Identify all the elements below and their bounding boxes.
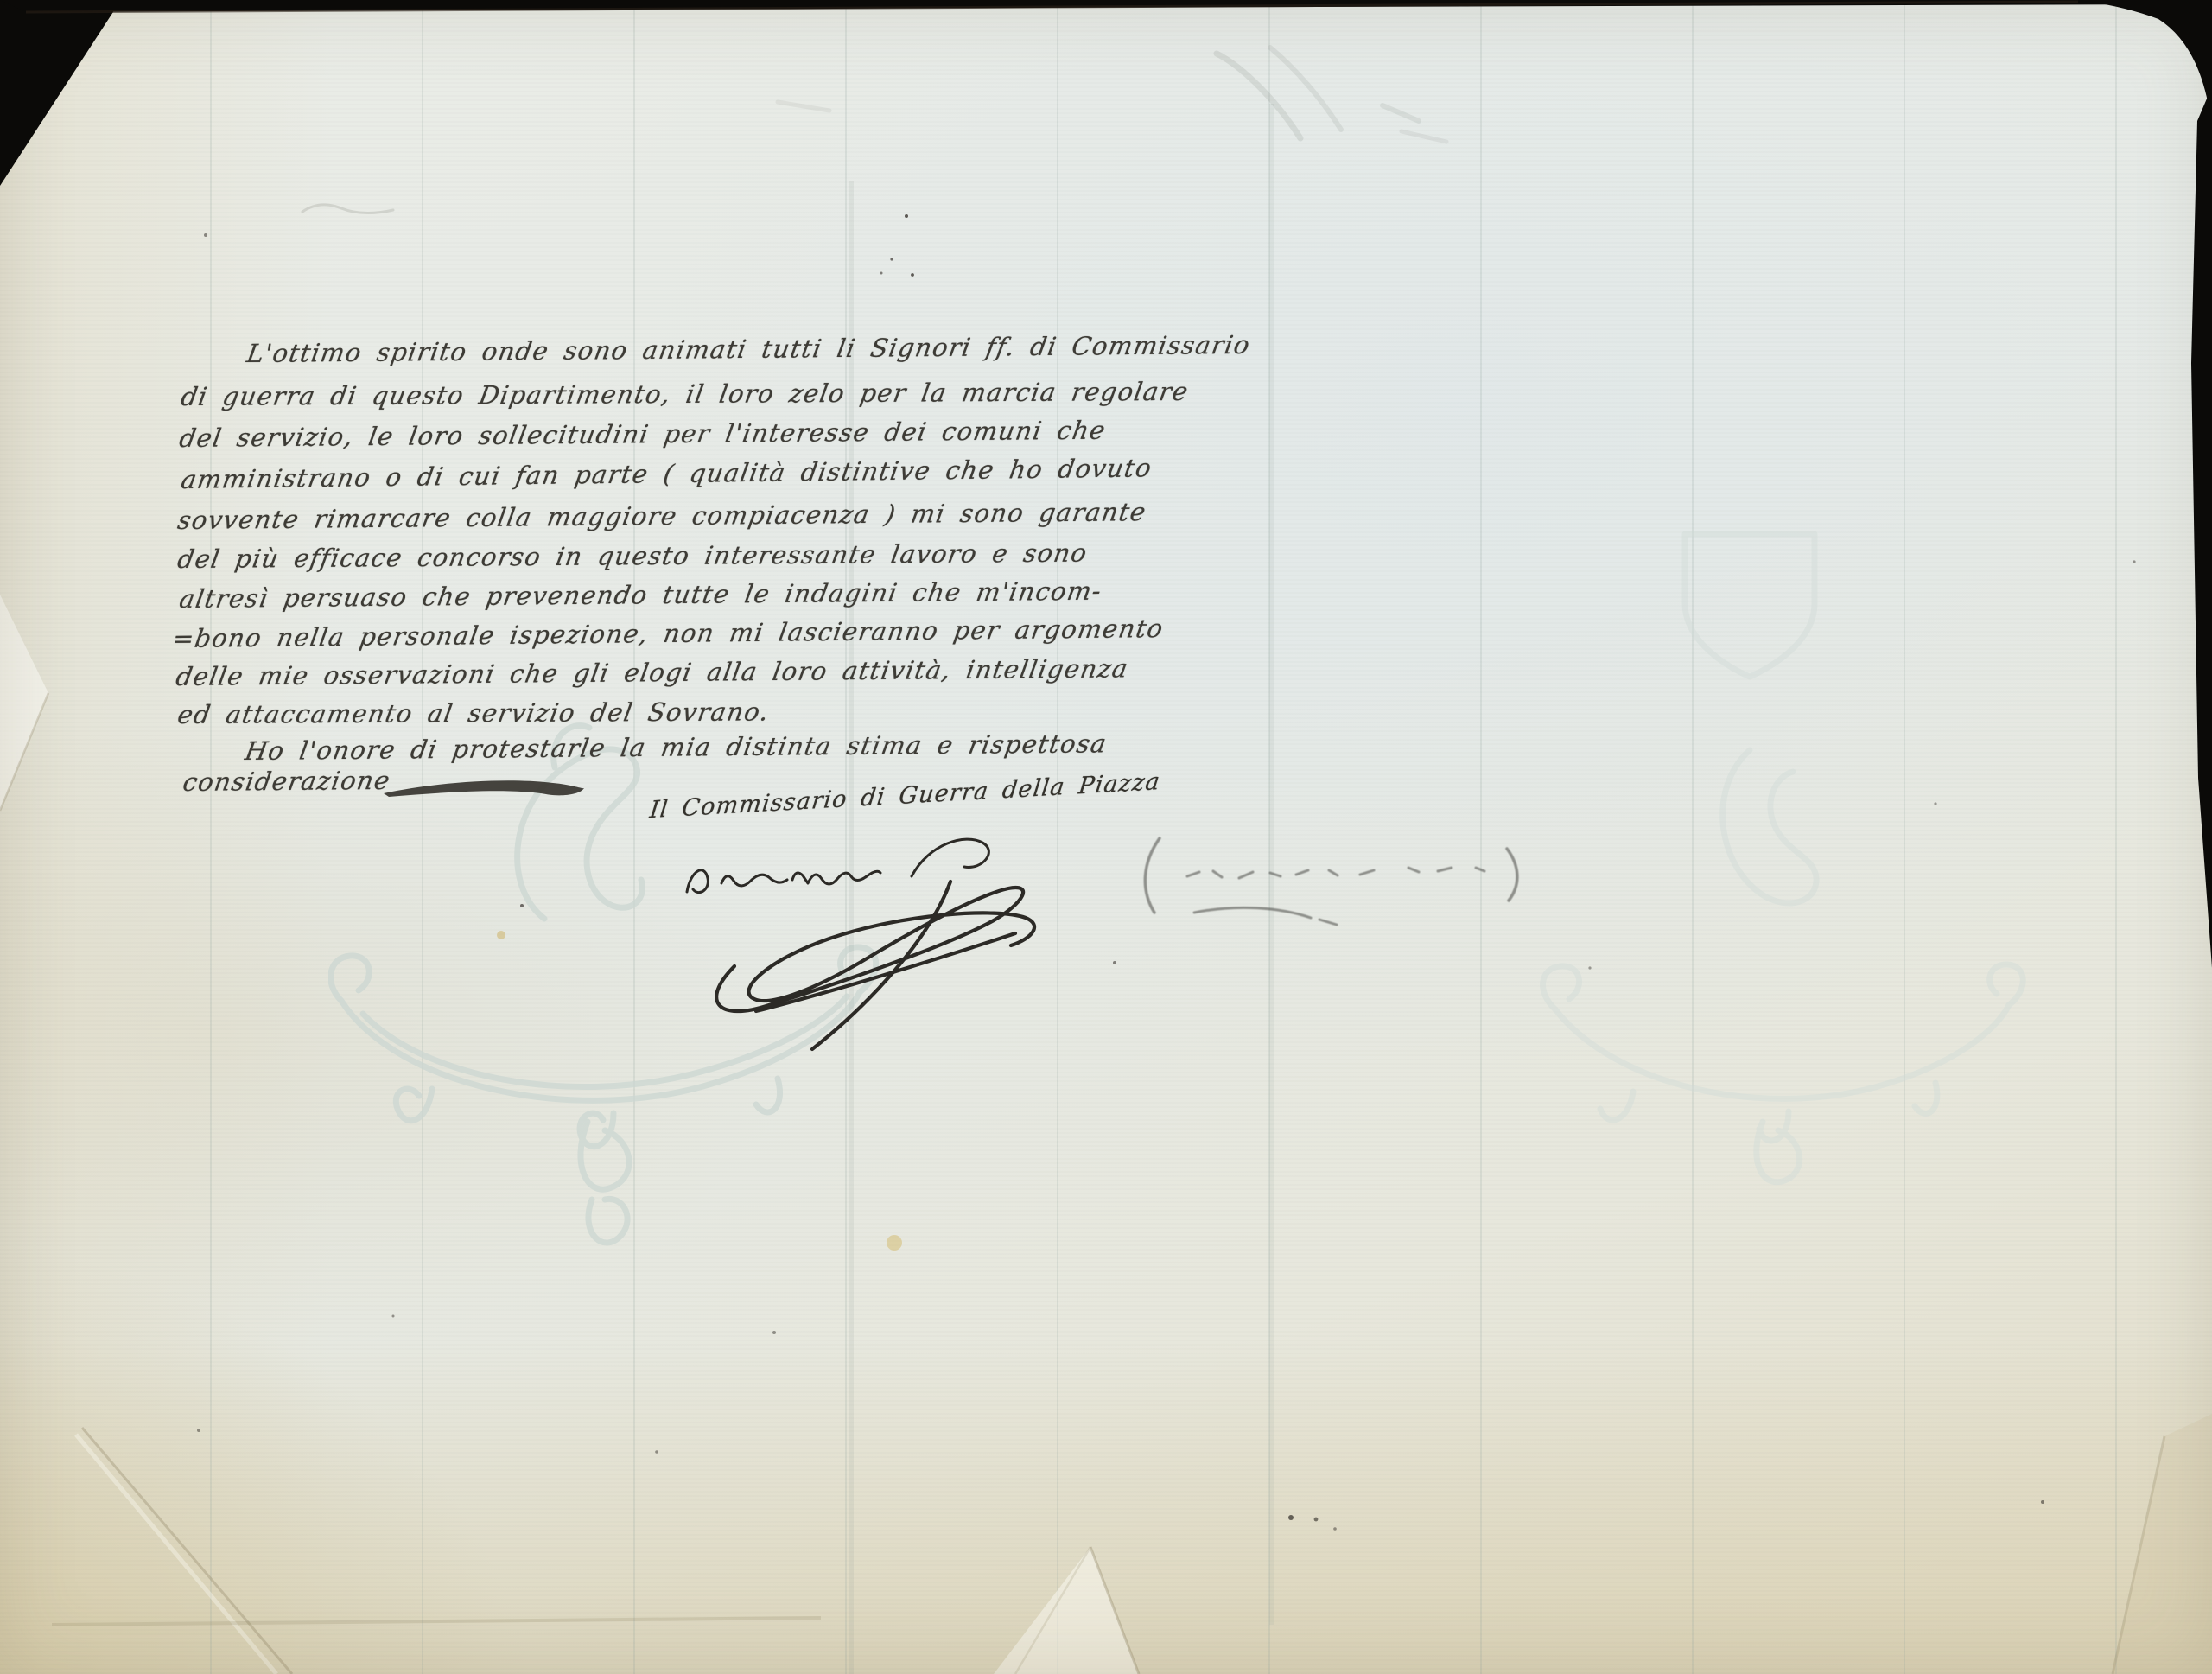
scanned-manuscript-page: { "letter": { "body_lines": [ "L'ottimo …: [0, 0, 2212, 1674]
scan-background-edges: [0, 0, 2212, 1674]
